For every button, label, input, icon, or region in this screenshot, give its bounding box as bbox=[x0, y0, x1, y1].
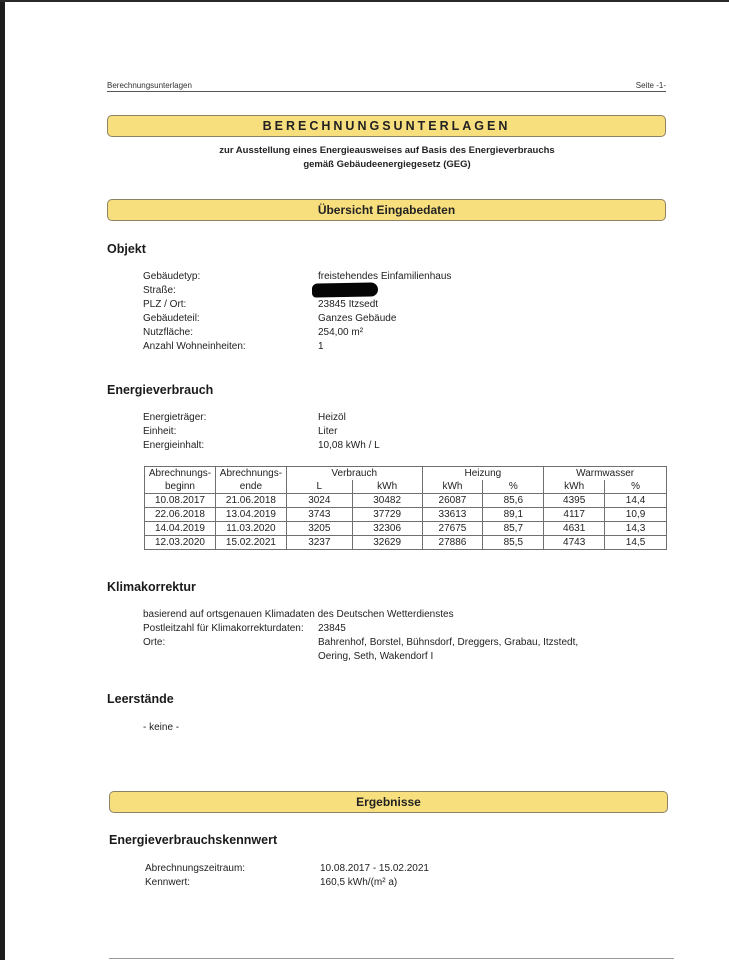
leerstaende-value: - keine - bbox=[143, 721, 179, 735]
field-label: Straße: bbox=[143, 284, 176, 298]
field-value: Oering, Seth, Wakendorf I bbox=[318, 650, 433, 664]
table-cell: 21.06.2018 bbox=[215, 494, 286, 508]
table-cell: 85,6 bbox=[483, 494, 544, 508]
klima-row-plz: Postleitzahl für Klimakorrekturdaten: 23… bbox=[143, 622, 623, 636]
field-value: 10.08.2017 - 15.02.2021 bbox=[320, 862, 429, 876]
table-cell: 3024 bbox=[286, 494, 352, 508]
page-top-edge bbox=[0, 0, 729, 2]
consumption-table-body: 10.08.201721.06.20183024304822608785,643… bbox=[145, 494, 667, 550]
table-cell: 14,5 bbox=[605, 536, 667, 550]
table-cell: 3743 bbox=[286, 508, 352, 522]
subheader-heizung-pct: % bbox=[483, 480, 544, 494]
subtitle-line-1: zur Ausstellung eines Energieausweises a… bbox=[107, 144, 667, 158]
table-cell: 32629 bbox=[352, 536, 422, 550]
objekt-row-plz-ort: PLZ / Ort: 23845 Itzsedt bbox=[143, 298, 563, 312]
energieverbrauch-details: Energieträger: Heizöl Einheit: Liter Ene… bbox=[143, 411, 563, 453]
table-cell: 37729 bbox=[352, 508, 422, 522]
klimakorrektur-details: basierend auf ortsgenauen Klimadaten des… bbox=[143, 608, 623, 664]
table-cell: 3237 bbox=[286, 536, 352, 550]
field-value: 23845 bbox=[318, 622, 346, 636]
field-value: 160,5 kWh/(m² a) bbox=[320, 876, 397, 890]
col-header-heizung: Heizung bbox=[422, 467, 544, 481]
table-row: 22.06.201813.04.20193743377293361389,141… bbox=[145, 508, 667, 522]
redaction-mark bbox=[312, 282, 378, 297]
table-cell: 12.03.2020 bbox=[145, 536, 216, 550]
field-label: PLZ / Ort: bbox=[143, 298, 186, 312]
field-value: 254,00 m² bbox=[318, 326, 363, 340]
field-label: Abrechnungszeitraum: bbox=[145, 862, 245, 876]
kennwert-details: Abrechnungszeitraum: 10.08.2017 - 15.02.… bbox=[145, 862, 565, 890]
leerstaende-row: - keine - bbox=[143, 721, 343, 735]
field-label: Orte: bbox=[143, 636, 165, 650]
table-cell: 4631 bbox=[544, 522, 605, 536]
subheader-warmwasser-kwh: kWh bbox=[544, 480, 605, 494]
field-value: 1 bbox=[318, 340, 324, 354]
consumption-table: Abrechnungs- Abrechnungs- Verbrauch Heiz… bbox=[144, 466, 667, 550]
field-value: 23845 Itzsedt bbox=[318, 298, 378, 312]
section-heading-leerstaende: Leerstände bbox=[107, 692, 174, 706]
field-label: Energieinhalt: bbox=[143, 439, 204, 453]
table-cell: 27675 bbox=[422, 522, 483, 536]
table-cell: 85,7 bbox=[483, 522, 544, 536]
col-header-beginn: Abrechnungs- bbox=[145, 467, 216, 481]
subtitle-line-2: gemäß Gebäudeenergiegesetz (GEG) bbox=[107, 158, 667, 172]
table-cell: 4117 bbox=[544, 508, 605, 522]
subheader-warmwasser-pct: % bbox=[605, 480, 667, 494]
header-document-name: Berechnungsunterlagen bbox=[107, 81, 192, 90]
field-label: Einheit: bbox=[143, 425, 176, 439]
field-value: 10,08 kWh / L bbox=[318, 439, 380, 453]
overview-banner: Übersicht Eingabedaten bbox=[107, 199, 666, 221]
table-cell: 15.02.2021 bbox=[215, 536, 286, 550]
field-value: Ganzes Gebäude bbox=[318, 312, 396, 326]
table-cell: 26087 bbox=[422, 494, 483, 508]
energie-row-inhalt: Energieinhalt: 10,08 kWh / L bbox=[143, 439, 563, 453]
table-cell: 13.04.2019 bbox=[215, 508, 286, 522]
table-row: 14.04.201911.03.20203205323062767585,746… bbox=[145, 522, 667, 536]
table-cell: 10.08.2017 bbox=[145, 494, 216, 508]
table-cell: 4743 bbox=[544, 536, 605, 550]
table-cell: 4395 bbox=[544, 494, 605, 508]
klima-intro: basierend auf ortsgenauen Klimadaten des… bbox=[143, 608, 623, 622]
footer-rule bbox=[109, 958, 674, 959]
table-cell: 14,4 bbox=[605, 494, 667, 508]
col-header-ende-2: ende bbox=[215, 480, 286, 494]
table-cell: 14.04.2019 bbox=[145, 522, 216, 536]
klima-intro-text: basierend auf ortsgenauen Klimadaten des… bbox=[143, 608, 454, 622]
results-banner: Ergebnisse bbox=[109, 791, 668, 813]
subheader-verbrauch-l: L bbox=[286, 480, 352, 494]
title-banner: BERECHNUNGSUNTERLAGEN bbox=[107, 115, 666, 137]
table-row: 10.08.201721.06.20183024304822608785,643… bbox=[145, 494, 667, 508]
table-cell: 14,3 bbox=[605, 522, 667, 536]
table-cell: 33613 bbox=[422, 508, 483, 522]
col-header-beginn-2: beginn bbox=[145, 480, 216, 494]
page-left-edge bbox=[0, 0, 5, 960]
col-header-ende: Abrechnungs- bbox=[215, 467, 286, 481]
field-value: Liter bbox=[318, 425, 337, 439]
klima-row-orte: Orte: Bahrenhof, Borstel, Bühnsdorf, Dre… bbox=[143, 636, 623, 650]
header-page-number: Seite -1- bbox=[636, 81, 666, 90]
klima-row-orte-cont: Oering, Seth, Wakendorf I bbox=[143, 650, 623, 664]
table-cell: 3205 bbox=[286, 522, 352, 536]
kennwert-row-kennwert: Kennwert: 160,5 kWh/(m² a) bbox=[145, 876, 565, 890]
leerstaende-details: - keine - bbox=[143, 721, 343, 735]
energie-row-einheit: Einheit: Liter bbox=[143, 425, 563, 439]
subheader-heizung-kwh: kWh bbox=[422, 480, 483, 494]
field-label: Nutzfläche: bbox=[143, 326, 193, 340]
section-heading-kennwert: Energieverbrauchskennwert bbox=[109, 833, 277, 847]
table-cell: 11.03.2020 bbox=[215, 522, 286, 536]
objekt-row-gebaeudeteil: Gebäudeteil: Ganzes Gebäude bbox=[143, 312, 563, 326]
field-label: Postleitzahl für Klimakorrekturdaten: bbox=[143, 622, 304, 636]
field-value: freistehendes Einfamilienhaus bbox=[318, 270, 451, 284]
table-cell: 32306 bbox=[352, 522, 422, 536]
table-cell: 22.06.2018 bbox=[145, 508, 216, 522]
table-cell: 10,9 bbox=[605, 508, 667, 522]
field-label: Gebäudetyp: bbox=[143, 270, 200, 284]
field-label: Gebäudeteil: bbox=[143, 312, 200, 326]
kennwert-row-zeitraum: Abrechnungszeitraum: 10.08.2017 - 15.02.… bbox=[145, 862, 565, 876]
field-value: Bahrenhof, Borstel, Bühnsdorf, Dreggers,… bbox=[318, 636, 578, 650]
energie-row-traeger: Energieträger: Heizöl bbox=[143, 411, 563, 425]
subheader-verbrauch-kwh: kWh bbox=[352, 480, 422, 494]
col-header-warmwasser: Warmwasser bbox=[544, 467, 667, 481]
table-cell: 85,5 bbox=[483, 536, 544, 550]
section-heading-klimakorrektur: Klimakorrektur bbox=[107, 580, 196, 594]
field-label: Anzahl Wohneinheiten: bbox=[143, 340, 246, 354]
table-row: 12.03.202015.02.20213237326292788685,547… bbox=[145, 536, 667, 550]
col-header-verbrauch: Verbrauch bbox=[286, 467, 422, 481]
table-cell: 89,1 bbox=[483, 508, 544, 522]
table-cell: 30482 bbox=[352, 494, 422, 508]
field-label: Energieträger: bbox=[143, 411, 206, 425]
section-heading-energieverbrauch: Energieverbrauch bbox=[107, 383, 213, 397]
section-heading-objekt: Objekt bbox=[107, 242, 146, 256]
field-label: Kennwert: bbox=[145, 876, 190, 890]
page-header: Berechnungsunterlagen Seite -1- bbox=[107, 79, 666, 92]
field-value: Heizöl bbox=[318, 411, 346, 425]
table-cell: 27886 bbox=[422, 536, 483, 550]
objekt-row-nutzflaeche: Nutzfläche: 254,00 m² bbox=[143, 326, 563, 340]
objekt-row-wohneinheiten: Anzahl Wohneinheiten: 1 bbox=[143, 340, 563, 354]
